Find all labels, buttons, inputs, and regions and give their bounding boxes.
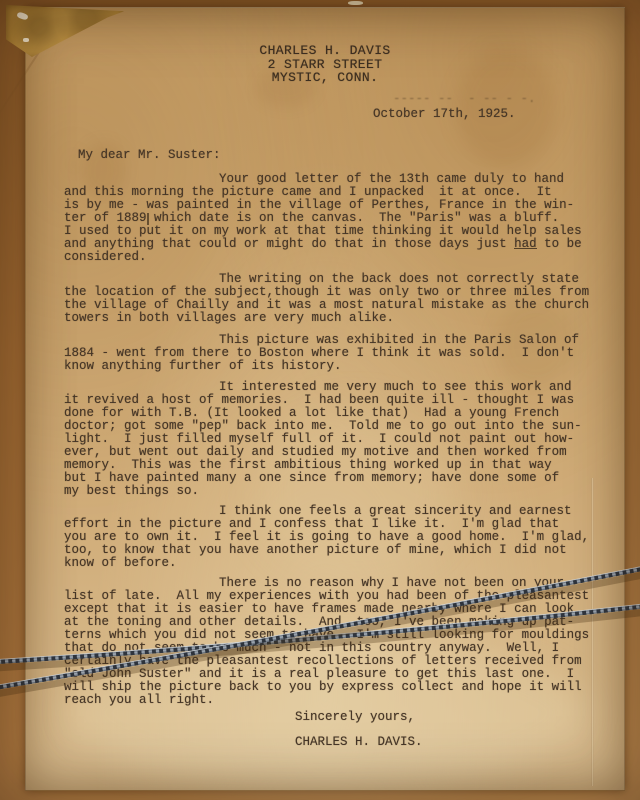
closing-line: Sincerely yours, [64, 711, 616, 724]
underline-mark [514, 248, 537, 249]
letter-paper: CHARLES H. DAVIS 2 STARR STREET MYSTIC, … [25, 7, 625, 791]
signature-line: CHARLES H. DAVIS. [64, 736, 616, 749]
torn-speck [348, 1, 363, 5]
salutation: My dear Mr. Suster: [64, 149, 616, 162]
letterhead-city: MYSTIC, CONN. [26, 71, 624, 85]
letterhead: CHARLES H. DAVIS 2 STARR STREET MYSTIC, … [26, 44, 624, 85]
struck-out-line: ----- -- - -- - -. [393, 92, 536, 106]
date-line: October 17th, 1925. [373, 107, 516, 121]
letter-photo: CHARLES H. DAVIS 2 STARR STREET MYSTIC, … [0, 0, 640, 800]
torn-speck [23, 38, 29, 42]
paragraph-2: The writing on the back does not correct… [64, 273, 616, 325]
paragraph-3: This picture was exhibited in the Paris … [64, 334, 616, 373]
letterhead-street: 2 STARR STREET [26, 58, 624, 72]
paragraph-5: I think one feels a great sincerity and … [64, 505, 616, 570]
paragraph-6: There is no reason why I have not been o… [64, 577, 616, 707]
overstrike-mark [147, 213, 149, 225]
letter-body: My dear Mr. Suster: Your good letter of … [64, 149, 616, 749]
letterhead-name: CHARLES H. DAVIS [26, 44, 624, 58]
paragraph-4: It interested me very much to see this w… [64, 381, 616, 498]
